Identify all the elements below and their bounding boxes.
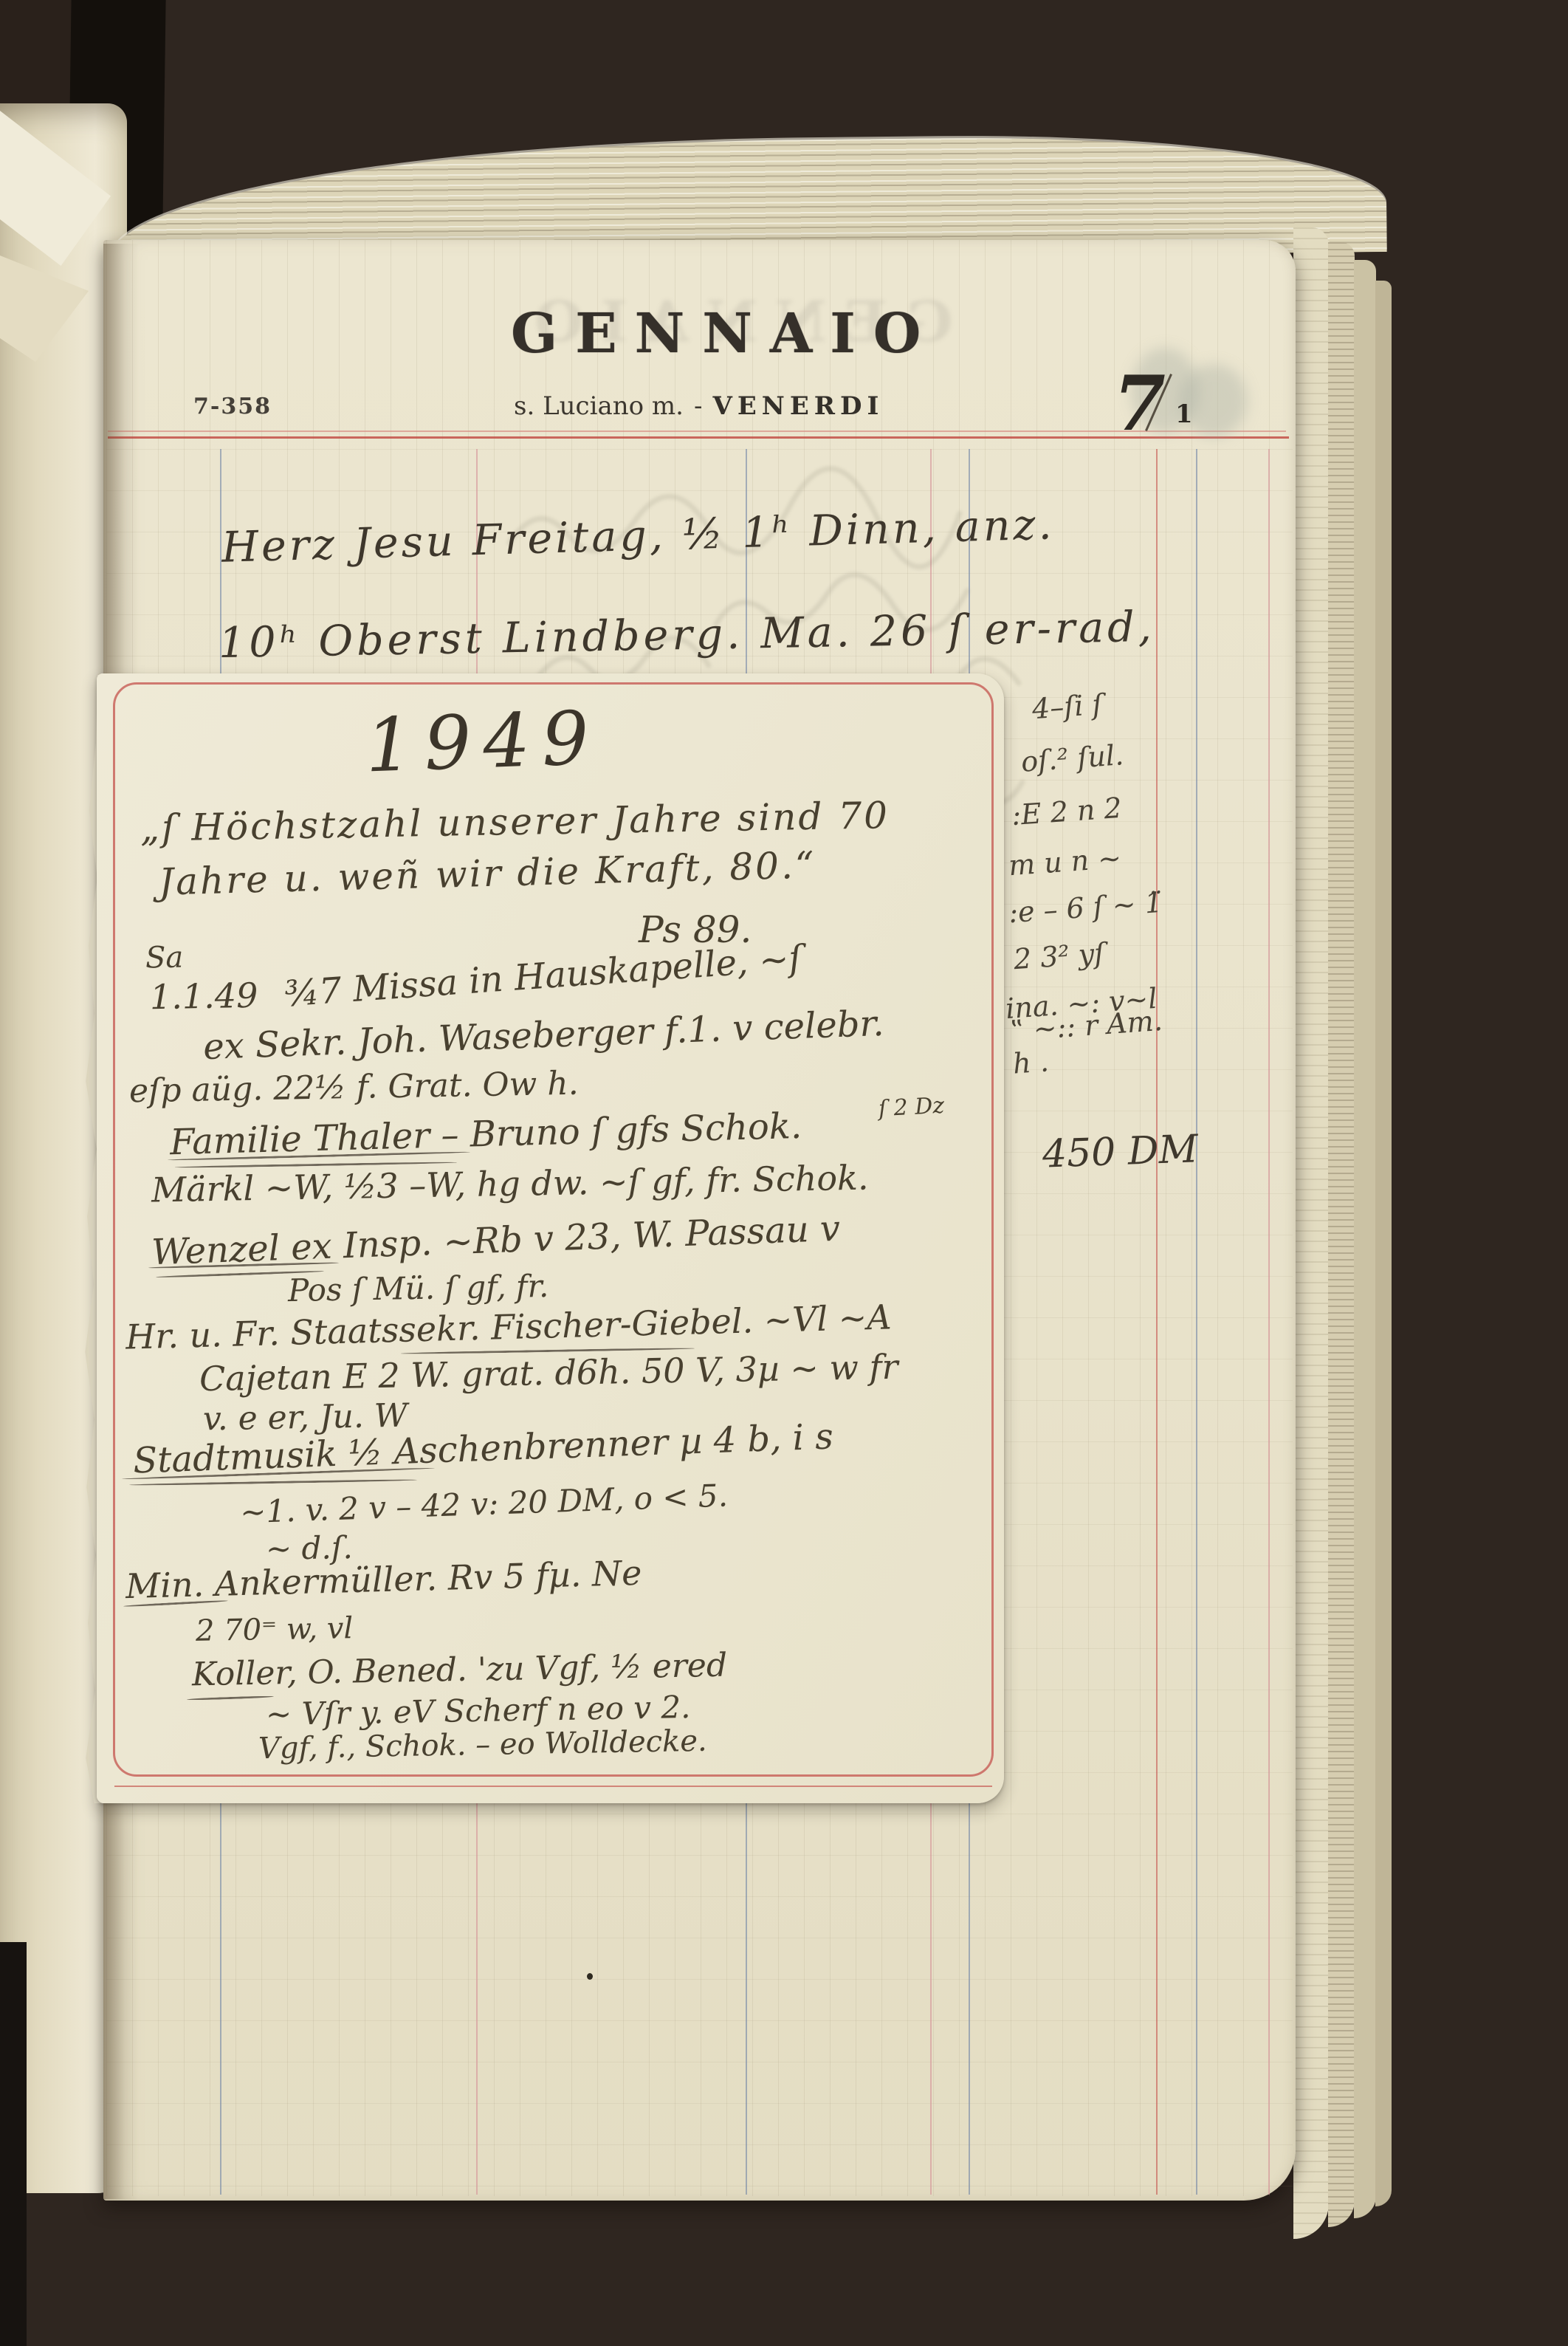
margin-shorthand-line: h .: [1012, 1045, 1051, 1080]
ruled-line-vertical-pink: [1268, 449, 1270, 2195]
note-entry-line: 2 70⁼ w, vl: [196, 1611, 354, 1648]
ink-speck: [587, 1973, 593, 1980]
ruled-line-vertical-red: [1156, 449, 1158, 2195]
page-stack-right-edge: [1328, 242, 1355, 2227]
note-entry-line: Pos ſ Mü. ſ gf, fr.: [288, 1268, 549, 1309]
printed-edition-code: 7-358: [193, 394, 272, 419]
note-entry-superscript: ſ 2 Dz: [878, 1093, 945, 1122]
margin-shorthand-line: 2 3² yſ: [1013, 937, 1106, 975]
page-stack-right-edge: [1354, 260, 1376, 2218]
note-red-frame-bottom-line: [114, 1786, 992, 1787]
amount-note: 450 DM: [1042, 1127, 1199, 1176]
header-rule-thin: [108, 431, 1286, 432]
printed-weekday: VENERDI: [712, 391, 884, 421]
printed-day-info-row: s. Luciano m. - VENERDI: [514, 391, 884, 421]
pasted-note-card: 1949 „ſ Höchstzahl unserer Jahre sind 70…: [85, 673, 1004, 1803]
note-entry-date: 1.1.49: [150, 975, 258, 1018]
printed-day-secondary: 1: [1175, 399, 1193, 429]
note-entry-line: eſp aüg. 22½ f. Grat. Ow h.: [129, 1065, 579, 1111]
printed-month-title: GENNAIO: [511, 302, 938, 366]
separator-dash: -: [694, 391, 703, 421]
diary-photo-scene: GENNAIO GENNAIO 7-358 s. Luciano m. - VE…: [0, 0, 1568, 2346]
shadow-strip: [0, 1942, 27, 2346]
ruled-line-vertical-blue: [1196, 449, 1197, 2195]
page-stack-right-edge: [1293, 227, 1329, 2239]
margin-shorthand-line: 4–ſi ſ: [1031, 688, 1104, 726]
page-stack-right-edge: [1375, 281, 1392, 2206]
note-entry-line: Sa: [145, 941, 184, 975]
header-rule-red: [108, 436, 1289, 439]
saint-of-day: s. Luciano m.: [514, 391, 684, 421]
note-year: 1949: [364, 694, 602, 789]
